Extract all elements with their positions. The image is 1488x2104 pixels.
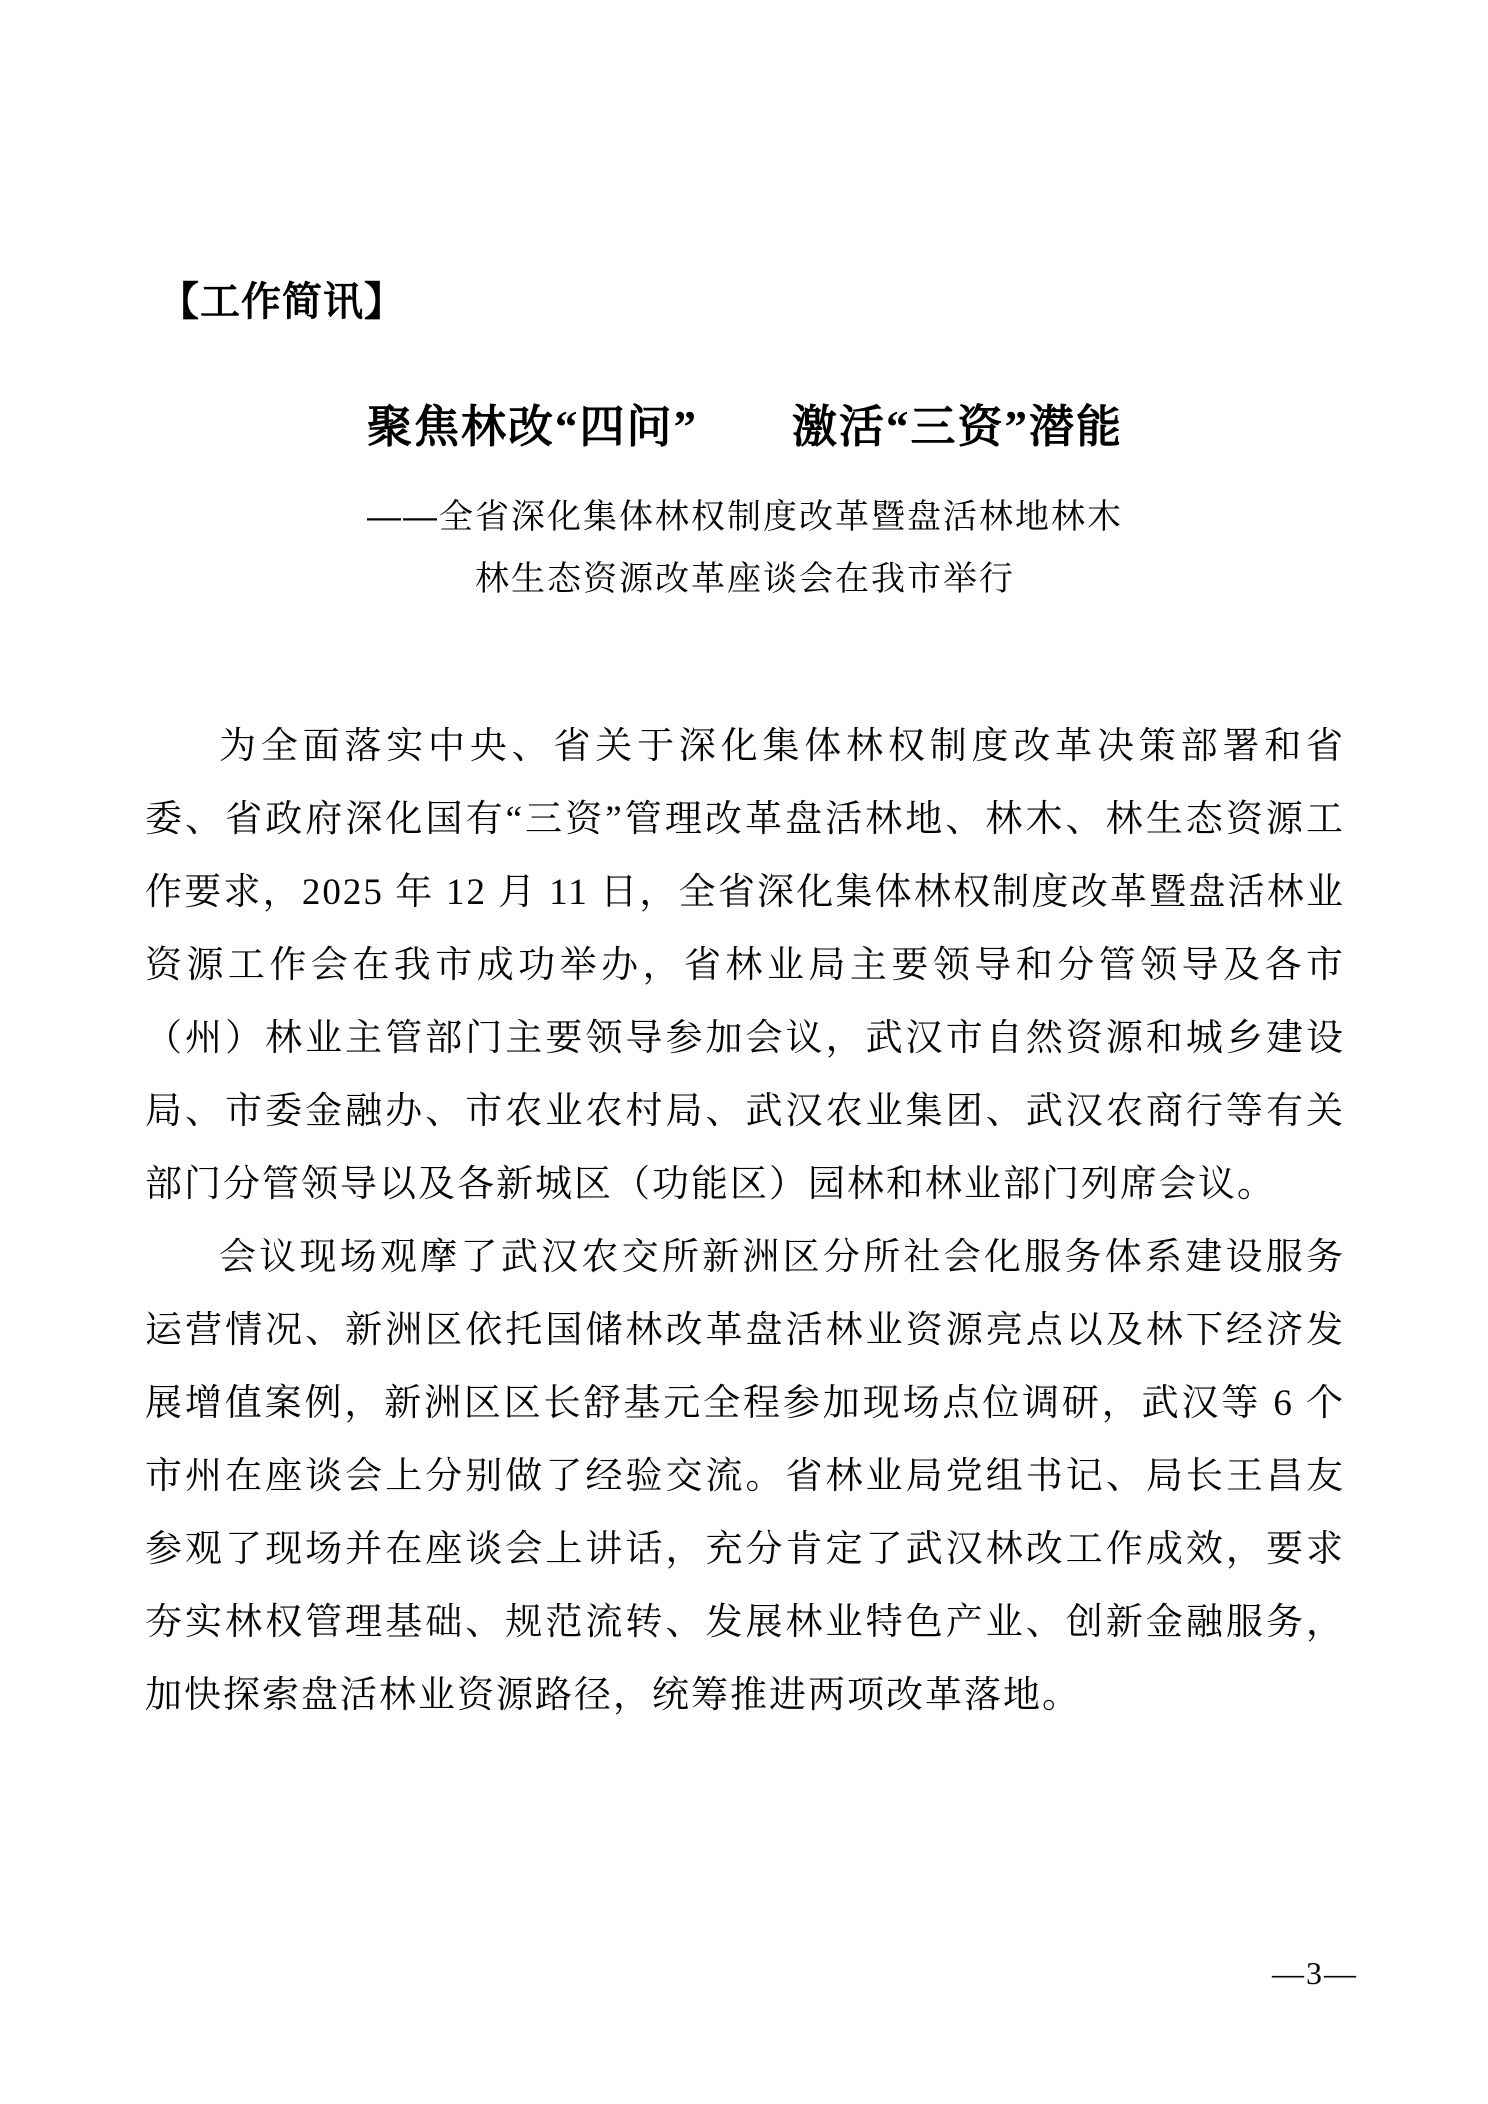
article-title: 聚焦林改“四问” 激活“三资”潜能 <box>145 398 1345 456</box>
article-subtitle-line1: ——全省深化集体林权制度改革暨盘活林地林木 <box>145 486 1345 548</box>
body-paragraph-1: 为全面落实中央、省关于深化集体林权制度改革决策部署和省委、省政府深化国有“三资”… <box>145 710 1345 1221</box>
article-body: 为全面落实中央、省关于深化集体林权制度改革决策部署和省委、省政府深化国有“三资”… <box>145 710 1345 1732</box>
document-content: 【工作简讯】 聚焦林改“四问” 激活“三资”潜能 ——全省深化集体林权制度改革暨… <box>145 0 1345 1732</box>
body-paragraph-2: 会议现场观摩了武汉农交所新洲区分所社会化服务体系建设服务运营情况、新洲区依托国储… <box>145 1221 1345 1732</box>
article-subtitle-line2: 林生态资源改革座谈会在我市举行 <box>145 548 1345 610</box>
document-page: 【工作简讯】 聚焦林改“四问” 激活“三资”潜能 ——全省深化集体林权制度改革暨… <box>0 0 1488 2104</box>
page-number: —3— <box>1272 1955 1358 1992</box>
section-header: 【工作简讯】 <box>159 278 1345 326</box>
